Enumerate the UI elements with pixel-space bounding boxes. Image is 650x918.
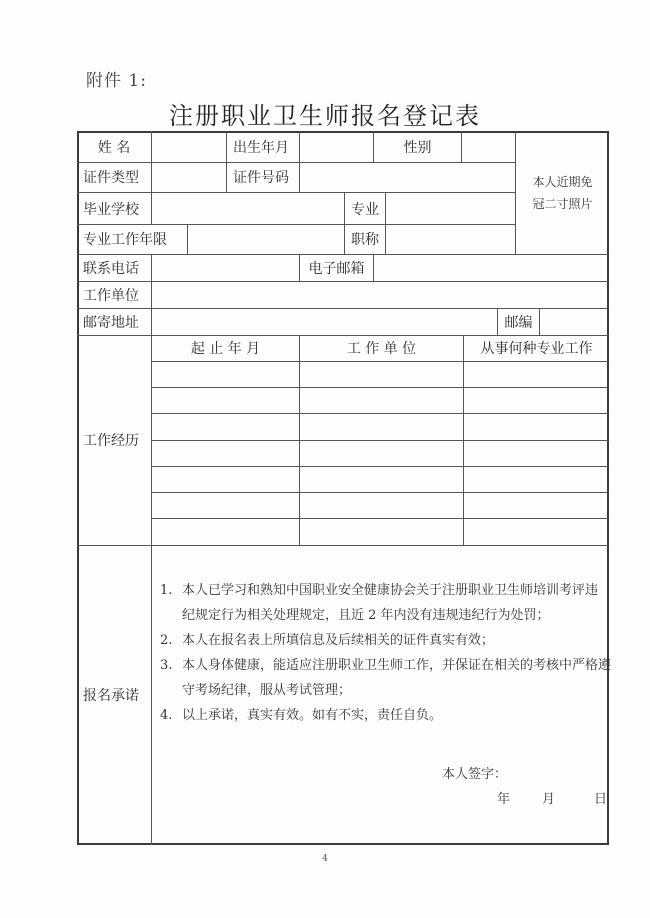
pledge-item-text: 守考场纪律，服从考试管理； bbox=[182, 678, 351, 703]
pledge-item-number: 3. bbox=[160, 653, 180, 678]
id-type-field[interactable] bbox=[152, 162, 226, 192]
pledge-item-text: 纪规定行为相关处理规定，且近 2 年内没有违规违纪行为处罚； bbox=[182, 603, 550, 628]
birth-field[interactable] bbox=[300, 131, 373, 162]
work-row-7-specialty[interactable] bbox=[464, 518, 609, 545]
email-label: 电子邮箱 bbox=[300, 254, 373, 281]
work-years-label: 专业工作年限 bbox=[77, 224, 187, 254]
pledge-list: 1. 本人已学习和熟知中国职业安全健康协会关于注册职业卫生师培训考评违 纪规定行… bbox=[160, 578, 605, 728]
signature-label: 本人签字： bbox=[442, 762, 507, 787]
col-header-specialty: 从事何种专业工作 bbox=[464, 335, 609, 361]
date-month-label: 月 bbox=[542, 787, 555, 812]
address-label: 邮寄地址 bbox=[77, 308, 151, 335]
pledge-item-2: 2. 本人在报名表上所填信息及后续相关的证件真实有效； bbox=[160, 628, 605, 653]
work-row-3-employer[interactable] bbox=[300, 413, 463, 440]
email-field[interactable] bbox=[374, 254, 609, 281]
work-row-5-period[interactable] bbox=[152, 466, 299, 492]
major-label: 专业 bbox=[345, 193, 385, 224]
work-row-4-period[interactable] bbox=[152, 440, 299, 466]
school-field[interactable] bbox=[152, 193, 344, 224]
row-divider bbox=[77, 545, 609, 546]
work-row-6-employer[interactable] bbox=[300, 492, 463, 518]
pledge-item-number: 4. bbox=[160, 703, 180, 728]
postcode-field[interactable] bbox=[540, 308, 609, 335]
photo-box[interactable]: 本人近期免 冠二寸照片 bbox=[516, 131, 609, 255]
major-field[interactable] bbox=[386, 193, 515, 224]
postcode-label: 邮编 bbox=[498, 308, 539, 335]
pledge-item-text: 本人在报名表上所填信息及后续相关的证件真实有效； bbox=[182, 628, 494, 653]
phone-field[interactable] bbox=[152, 254, 299, 281]
work-row-2-specialty[interactable] bbox=[464, 387, 609, 413]
id-type-label: 证件类型 bbox=[77, 162, 151, 192]
pledge-item-text: 本人已学习和熟知中国职业安全健康协会关于注册职业卫生师培训考评违 bbox=[182, 578, 598, 603]
work-row-5-employer[interactable] bbox=[300, 466, 463, 492]
work-row-6-period[interactable] bbox=[152, 492, 299, 518]
work-row-2-period[interactable] bbox=[152, 387, 299, 413]
gender-label: 性别 bbox=[374, 131, 461, 162]
phone-label: 联系电话 bbox=[77, 254, 151, 281]
employer-field[interactable] bbox=[152, 281, 609, 308]
id-number-label: 证件号码 bbox=[227, 162, 299, 192]
pledge-item-3-cont: 守考场纪律，服从考试管理； bbox=[160, 678, 605, 703]
work-row-4-employer[interactable] bbox=[300, 440, 463, 466]
col-header-employer: 工 作 单 位 bbox=[300, 335, 463, 361]
pledge-item-text: 本人身体健康，能适应注册职业卫生师工作，并保证在相关的考核中严格遵 bbox=[182, 653, 611, 678]
work-history-label: 工作经历 bbox=[77, 335, 151, 545]
work-row-2-employer[interactable] bbox=[300, 387, 463, 413]
pledge-item-number: 1. bbox=[160, 578, 180, 603]
work-row-1-period[interactable] bbox=[152, 361, 299, 387]
pledge-item-number: 2. bbox=[160, 628, 180, 653]
date-year-label: 年 bbox=[497, 787, 510, 812]
pledge-item-1: 1. 本人已学习和熟知中国职业安全健康协会关于注册职业卫生师培训考评违 bbox=[160, 578, 605, 603]
form-title: 注册职业卫生师报名登记表 bbox=[0, 96, 650, 131]
attachment-label: 附件 1: bbox=[86, 66, 147, 91]
pledge-item-3: 3. 本人身体健康，能适应注册职业卫生师工作，并保证在相关的考核中严格遵 bbox=[160, 653, 605, 678]
photo-instruction-line2: 冠二寸照片 bbox=[532, 193, 592, 215]
page-number: 4 bbox=[0, 854, 650, 864]
pledge-label: 报名承诺 bbox=[77, 545, 151, 845]
date-day-label: 日 bbox=[594, 787, 607, 812]
work-row-3-period[interactable] bbox=[152, 413, 299, 440]
school-label: 毕业学校 bbox=[77, 193, 151, 224]
work-row-7-employer[interactable] bbox=[300, 518, 463, 545]
work-row-7-period[interactable] bbox=[152, 518, 299, 545]
address-field[interactable] bbox=[152, 308, 497, 335]
birth-label: 出生年月 bbox=[227, 131, 299, 162]
work-row-5-specialty[interactable] bbox=[464, 466, 609, 492]
work-row-3-specialty[interactable] bbox=[464, 413, 609, 440]
pledge-item-text: 以上承诺，真实有效。如有不实，责任自负。 bbox=[182, 703, 442, 728]
col-header-period: 起 止 年 月 bbox=[152, 335, 299, 361]
work-years-field[interactable] bbox=[188, 224, 344, 254]
employer-label: 工作单位 bbox=[77, 281, 151, 308]
pledge-item-4: 4. 以上承诺，真实有效。如有不实，责任自负。 bbox=[160, 703, 605, 728]
work-row-6-specialty[interactable] bbox=[464, 492, 609, 518]
photo-instruction-line1: 本人近期免 bbox=[532, 171, 592, 193]
name-label: 姓 名 bbox=[77, 131, 151, 162]
job-title-label: 职称 bbox=[345, 224, 385, 254]
name-field[interactable] bbox=[152, 131, 226, 162]
work-row-4-specialty[interactable] bbox=[464, 440, 609, 466]
work-row-1-employer[interactable] bbox=[300, 361, 463, 387]
work-row-1-specialty[interactable] bbox=[464, 361, 609, 387]
job-title-field[interactable] bbox=[386, 224, 515, 254]
gender-field[interactable] bbox=[462, 131, 515, 162]
pledge-item-1-cont: 纪规定行为相关处理规定，且近 2 年内没有违规违纪行为处罚； bbox=[160, 603, 605, 628]
id-number-field[interactable] bbox=[300, 162, 515, 192]
signature-field[interactable] bbox=[510, 762, 600, 784]
